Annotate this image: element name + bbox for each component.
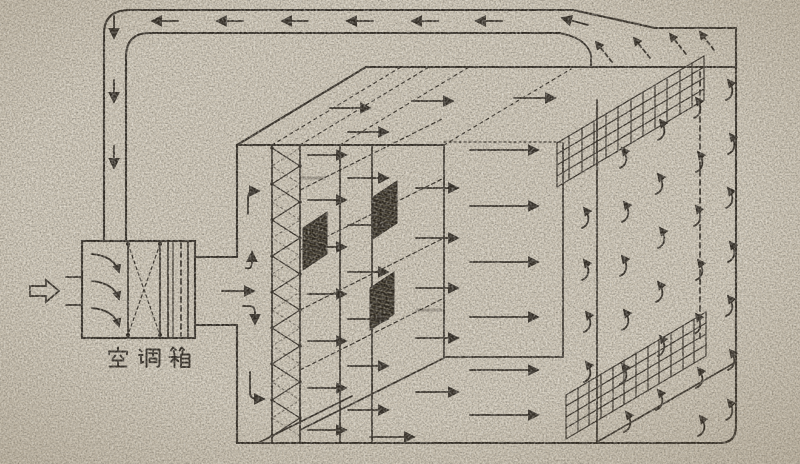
ahu-label: 空调箱 — [100, 344, 210, 370]
cooling-coil-section — [126, 241, 162, 338]
diagram-canvas: 空调箱 — [0, 0, 800, 464]
fresh-air-inlet-arrow — [30, 280, 59, 302]
return-grille-upper — [557, 56, 704, 187]
ahu-filter-section — [168, 241, 188, 338]
air-handling-unit — [30, 241, 195, 338]
exhaust-hood — [573, 10, 736, 28]
hepa-filter-panels — [303, 181, 397, 330]
fresh-air-inlet — [30, 277, 82, 305]
zigzag-prefilter-wall — [270, 145, 301, 443]
airflow-schematic — [0, 0, 800, 464]
zigzag-dots — [270, 146, 301, 437]
